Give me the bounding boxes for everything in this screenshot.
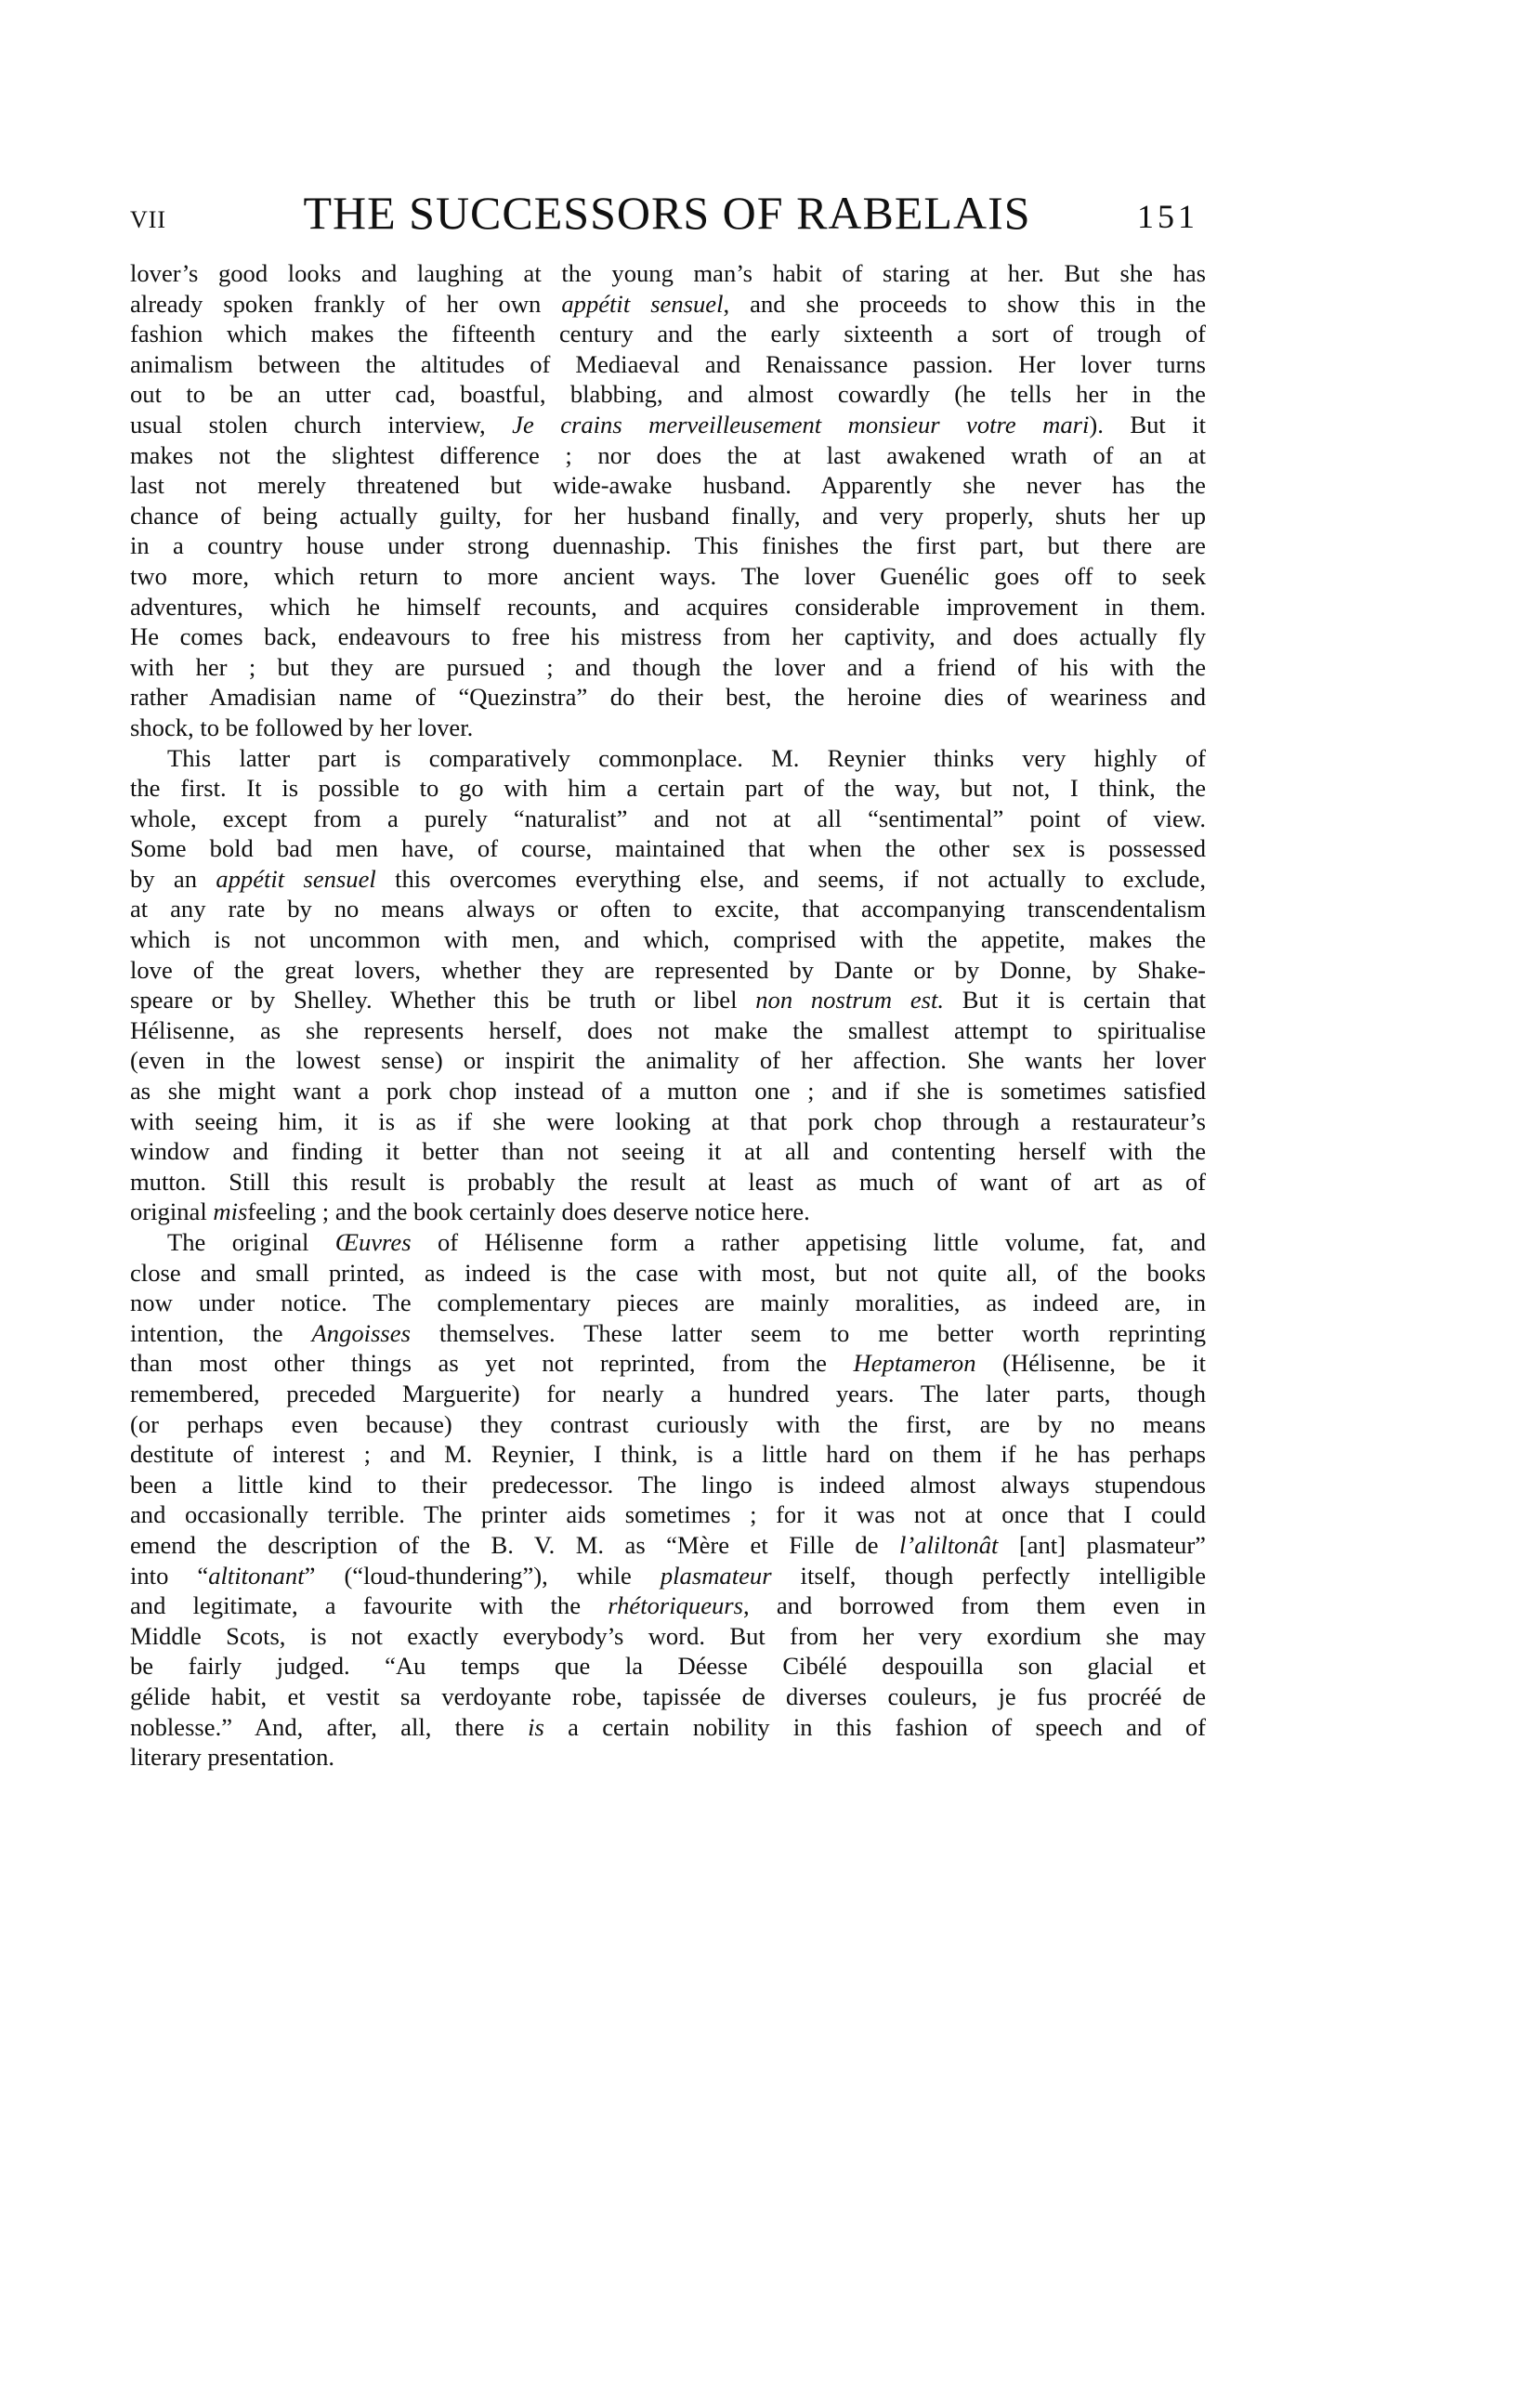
text-run: Some bold bad men have, of course, maint… — [130, 834, 1206, 862]
text-run: The original — [167, 1228, 335, 1256]
text-line: the first. It is possible to go with him… — [130, 773, 1206, 804]
text-line: lover’s good looks and laughing at the y… — [130, 258, 1206, 289]
text-line: been a little kind to their predecessor.… — [130, 1470, 1206, 1500]
text-line: intention, the Angoisses themselves. The… — [130, 1318, 1206, 1349]
text-run: at any rate by no means always or often … — [130, 895, 1206, 923]
text-run: , and borrowed from them even in — [743, 1591, 1206, 1619]
text-line: remembered, preceded Marguerite) for nea… — [130, 1379, 1206, 1409]
italic-phrase: rhétoriqueurs — [608, 1591, 743, 1619]
italic-phrase: plasmateur — [661, 1562, 772, 1590]
text-run: original — [130, 1197, 213, 1225]
text-line: already spoken frankly of her own appéti… — [130, 289, 1206, 320]
text-line: chance of being actually guilty, for her… — [130, 501, 1206, 531]
text-line: with her ; but they are pursued ; and th… — [130, 652, 1206, 683]
italic-phrase: non nostrum est. — [755, 986, 944, 1014]
text-line: makes not the slightest difference ; nor… — [130, 440, 1206, 471]
text-run: This latter part is comparatively common… — [167, 744, 1206, 772]
text-line: out to be an utter cad, boastful, blabbi… — [130, 379, 1206, 410]
text-run: usual stolen church interview, — [130, 411, 512, 438]
text-line: as she might want a pork chop instead of… — [130, 1076, 1206, 1106]
text-run: gélide habit, et vestit sa verdoyante ro… — [130, 1682, 1206, 1710]
italic-phrase: mis — [213, 1197, 247, 1225]
text-line: Middle Scots, is not exactly everybody’s… — [130, 1621, 1206, 1652]
text-run: intention, the — [130, 1319, 312, 1347]
text-run: feeling ; and the book certainly does de… — [247, 1197, 810, 1225]
text-line: animalism between the altitudes of Media… — [130, 349, 1206, 380]
text-run: out to be an utter cad, boastful, blabbi… — [130, 380, 1206, 408]
text-line: window and finding it better than not se… — [130, 1136, 1206, 1167]
text-line: close and small printed, as indeed is th… — [130, 1258, 1206, 1289]
text-run: this overcomes everything else, and seem… — [376, 865, 1206, 893]
text-run: ” (“loud-thundering”), while — [305, 1562, 661, 1590]
text-line: He comes back, endeavours to free his mi… — [130, 622, 1206, 652]
text-line: shock, to be followed by her lover. — [130, 713, 1206, 743]
text-run: , and she proceeds to show this in the — [724, 290, 1207, 318]
text-line: at any rate by no means always or often … — [130, 894, 1206, 924]
text-line: last not merely threatened but wide-awak… — [130, 470, 1206, 501]
text-run: mutton. Still this result is probably th… — [130, 1168, 1206, 1196]
text-run: the first. It is possible to go with him… — [130, 774, 1206, 802]
text-run: [ant] plasmateur” — [998, 1531, 1206, 1559]
running-title: THE SUCCESSORS OF RABELAIS — [130, 186, 1204, 240]
text-run: Middle Scots, is not exactly everybody’s… — [130, 1622, 1206, 1650]
text-line: gélide habit, et vestit sa verdoyante ro… — [130, 1682, 1206, 1712]
text-line: than most other things as yet not reprin… — [130, 1348, 1206, 1379]
text-run: noblesse.” And, after, all, there — [130, 1713, 528, 1741]
running-header: VII THE SUCCESSORS OF RABELAIS 151 — [130, 186, 1204, 242]
text-run: window and finding it better than not se… — [130, 1137, 1206, 1165]
text-line: by an appétit sensuel this overcomes eve… — [130, 864, 1206, 895]
text-run: by an — [130, 865, 216, 893]
text-run: and occasionally terrible. The printer a… — [130, 1500, 1206, 1528]
text-run: now under notice. The complementary piec… — [130, 1289, 1206, 1316]
italic-phrase: altitonant — [208, 1562, 304, 1590]
text-line: love of the great lovers, whether they a… — [130, 955, 1206, 986]
text-run: last not merely threatened but wide-awak… — [130, 471, 1206, 499]
italic-phrase: Œuvres — [335, 1228, 412, 1256]
text-line: be fairly judged. “Au temps que la Déess… — [130, 1651, 1206, 1682]
text-run: makes not the slightest difference ; nor… — [130, 441, 1206, 469]
text-run: into “ — [130, 1562, 208, 1590]
text-line: original misfeeling ; and the book certa… — [130, 1197, 1206, 1227]
text-run: already spoken frankly of her own — [130, 290, 561, 318]
text-run: and legitimate, a favourite with the — [130, 1591, 608, 1619]
body-text: lover’s good looks and laughing at the y… — [130, 258, 1206, 1773]
text-run: (Hélisenne, be it — [976, 1349, 1207, 1377]
text-run: fashion which makes the fifteenth centur… — [130, 320, 1206, 347]
italic-phrase: is — [528, 1713, 544, 1741]
text-run: He comes back, endeavours to free his mi… — [130, 622, 1206, 650]
text-run: But it is certain that — [944, 986, 1206, 1014]
italic-phrase: appétit sensuel — [561, 290, 723, 318]
text-run: remembered, preceded Marguerite) for nea… — [130, 1380, 1206, 1407]
text-run: as she might want a pork chop instead of… — [130, 1077, 1206, 1105]
text-line: (even in the lowest sense) or inspirit t… — [130, 1045, 1206, 1076]
text-run: literary presentation. — [130, 1743, 334, 1771]
text-run: two more, which return to more ancient w… — [130, 562, 1206, 590]
text-line: whole, except from a purely “naturalist”… — [130, 804, 1206, 834]
text-run: themselves. These latter seem to me bett… — [411, 1319, 1206, 1347]
text-run: which is not uncommon with men, and whic… — [130, 925, 1206, 953]
text-line: two more, which return to more ancient w… — [130, 561, 1206, 592]
text-line: which is not uncommon with men, and whic… — [130, 924, 1206, 955]
italic-phrase: l’aliltonât — [899, 1531, 998, 1559]
text-line: usual stolen church interview, Je crains… — [130, 410, 1206, 440]
text-run: rather Amadisian name of “Quezinstra” do… — [130, 683, 1206, 711]
text-line: noblesse.” And, after, all, there is a c… — [130, 1712, 1206, 1743]
text-line: mutton. Still this result is probably th… — [130, 1167, 1206, 1197]
italic-phrase: Heptameron — [854, 1349, 976, 1377]
text-run: ). But it — [1089, 411, 1206, 438]
text-run: (or perhaps even because) they contrast … — [130, 1410, 1206, 1438]
text-line: emend the description of the B. V. M. as… — [130, 1530, 1206, 1561]
text-run: than most other things as yet not reprin… — [130, 1349, 854, 1377]
italic-phrase: Angoisses — [312, 1319, 411, 1347]
text-line: and legitimate, a favourite with the rhé… — [130, 1590, 1206, 1621]
text-run: of Hélisenne form a rather appetising li… — [412, 1228, 1206, 1256]
text-line: with seeing him, it is as if she were lo… — [130, 1106, 1206, 1137]
italic-phrase: appétit sensuel — [216, 865, 375, 893]
text-line: This latter part is comparatively common… — [130, 743, 1206, 774]
text-run: Hélisenne, as she represents herself, do… — [130, 1016, 1206, 1044]
text-line: Hélisenne, as she represents herself, do… — [130, 1015, 1206, 1046]
text-line: speare or by Shelley. Whether this be tr… — [130, 985, 1206, 1015]
text-line: rather Amadisian name of “Quezinstra” do… — [130, 682, 1206, 713]
text-line: now under notice. The complementary piec… — [130, 1288, 1206, 1318]
text-run: (even in the lowest sense) or inspirit t… — [130, 1046, 1206, 1074]
text-line: and occasionally terrible. The printer a… — [130, 1499, 1206, 1530]
text-run: animalism between the altitudes of Media… — [130, 350, 1206, 378]
text-line: The original Œuvres of Hélisenne form a … — [130, 1227, 1206, 1258]
text-run: a certain nobility in this fashion of sp… — [544, 1713, 1206, 1741]
text-line: adventures, which he himself recounts, a… — [130, 592, 1206, 622]
text-run: been a little kind to their predecessor.… — [130, 1471, 1206, 1498]
text-run: in a country house under strong duennash… — [130, 531, 1206, 559]
text-run: with her ; but they are pursued ; and th… — [130, 653, 1206, 681]
page-number: 151 — [1137, 197, 1198, 236]
text-run: lover’s good looks and laughing at the y… — [130, 259, 1206, 287]
text-run: adventures, which he himself recounts, a… — [130, 593, 1206, 621]
text-run: love of the great lovers, whether they a… — [130, 956, 1206, 984]
text-line: fashion which makes the fifteenth centur… — [130, 319, 1206, 349]
text-run: close and small printed, as indeed is th… — [130, 1259, 1206, 1287]
italic-phrase: Je crains merveilleusement monsieur votr… — [512, 411, 1089, 438]
text-line: Some bold bad men have, of course, maint… — [130, 833, 1206, 864]
text-line: (or perhaps even because) they contrast … — [130, 1409, 1206, 1440]
text-run: chance of being actually guilty, for her… — [130, 502, 1206, 530]
text-run: destitute of interest ; and M. Reynier, … — [130, 1440, 1206, 1468]
text-line: destitute of interest ; and M. Reynier, … — [130, 1439, 1206, 1470]
text-run: whole, except from a purely “naturalist”… — [130, 805, 1206, 832]
text-run: speare or by Shelley. Whether this be tr… — [130, 986, 755, 1014]
text-line: in a country house under strong duennash… — [130, 530, 1206, 561]
text-run: be fairly judged. “Au temps que la Déess… — [130, 1652, 1206, 1680]
text-line: literary presentation. — [130, 1742, 1206, 1773]
text-run: itself, though perfectly intelligible — [772, 1562, 1206, 1590]
text-run: with seeing him, it is as if she were lo… — [130, 1107, 1206, 1135]
text-line: into “altitonant” (“loud-thundering”), w… — [130, 1561, 1206, 1591]
text-run: shock, to be followed by her lover. — [130, 713, 473, 741]
text-run: emend the description of the B. V. M. as… — [130, 1531, 899, 1559]
